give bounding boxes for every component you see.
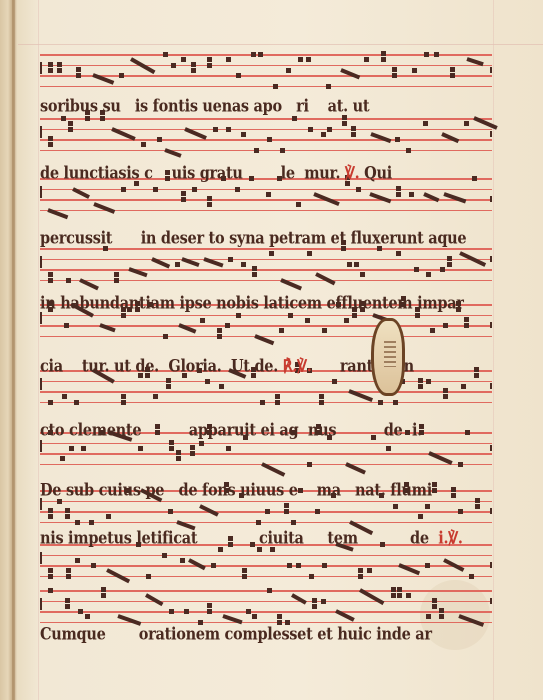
square-note — [252, 272, 257, 277]
square-note — [228, 257, 233, 262]
square-note — [66, 278, 71, 283]
square-note — [432, 598, 437, 603]
lyric-syllable: le — [243, 164, 295, 184]
square-note — [418, 514, 423, 519]
square-note — [461, 384, 466, 389]
staff-line — [40, 453, 492, 455]
square-note — [76, 67, 81, 72]
square-note — [219, 384, 224, 389]
lyric-syllable: ar — [411, 625, 432, 645]
staff-line — [40, 402, 492, 404]
square-note — [168, 509, 173, 514]
square-note — [458, 462, 463, 467]
lyric-syllable: percussit — [40, 229, 112, 249]
square-note — [48, 62, 53, 67]
square-note — [347, 262, 352, 267]
square-note — [434, 52, 439, 57]
lyric-syllable: De sub cuius pe — [40, 481, 164, 501]
square-note — [315, 509, 320, 514]
square-note — [312, 604, 317, 609]
lyric-syllable: inde — [372, 625, 411, 645]
square-note — [81, 446, 86, 451]
square-note — [246, 609, 251, 614]
ligature-neume — [94, 202, 116, 214]
square-note — [138, 446, 143, 451]
square-note — [48, 568, 53, 573]
ligature-neume — [444, 192, 467, 203]
square-note — [391, 593, 396, 598]
square-note — [397, 587, 402, 592]
lyric-syllable: apparuit ei ag — [141, 421, 298, 441]
music-staff — [40, 590, 492, 624]
square-note — [121, 400, 126, 405]
square-note — [418, 384, 423, 389]
square-note — [280, 148, 285, 153]
square-note — [273, 84, 278, 89]
square-note — [75, 558, 80, 563]
custos-mark — [490, 322, 492, 328]
square-note — [121, 187, 126, 192]
square-note — [464, 121, 469, 126]
square-note — [447, 256, 452, 261]
lyric-text-line: percussit in deser to syna petram et flu… — [40, 226, 492, 251]
square-note — [464, 317, 469, 322]
left-margin-ruling — [38, 0, 39, 700]
square-note — [166, 384, 171, 389]
square-note — [192, 187, 197, 192]
lyric-syllable: is fontis uenas apo — [121, 97, 282, 117]
square-note — [305, 318, 310, 323]
right-margin-ruling — [493, 0, 494, 700]
lyric-syllable: Gloria. — [159, 357, 222, 377]
staff-line — [40, 129, 492, 131]
square-note — [260, 400, 265, 405]
square-note — [393, 504, 398, 509]
binding-gutter — [12, 0, 15, 700]
lyric-syllable: ciuita — [197, 529, 303, 549]
square-note — [267, 137, 272, 142]
square-note — [432, 604, 437, 609]
lyric-syllable: mur. — [295, 164, 341, 184]
square-note — [392, 73, 397, 78]
square-note — [171, 63, 176, 68]
square-note — [267, 588, 272, 593]
lyric-syllable: in deser to — [112, 229, 224, 249]
rubric-text: ℟.℣. — [278, 357, 311, 377]
square-note — [450, 67, 455, 72]
rubric-text: i.℣. — [429, 529, 463, 549]
square-note — [241, 132, 246, 137]
square-note — [414, 267, 419, 272]
lyric-syllable: nis impetus letificat — [40, 529, 197, 549]
square-note — [236, 73, 241, 78]
square-note — [89, 520, 94, 525]
square-note — [475, 504, 480, 509]
square-note — [308, 127, 313, 132]
square-note — [57, 68, 62, 73]
square-note — [48, 136, 53, 141]
square-note — [48, 278, 53, 283]
square-note — [298, 57, 303, 62]
lyric-syllable: impar — [412, 294, 463, 314]
square-note — [48, 400, 53, 405]
square-note — [207, 603, 212, 608]
square-note — [48, 588, 53, 593]
square-note — [342, 121, 347, 126]
square-note — [351, 132, 356, 137]
square-note — [277, 614, 282, 619]
custos-mark — [490, 196, 492, 202]
square-note — [181, 191, 186, 196]
square-note — [190, 451, 195, 456]
square-note — [464, 323, 469, 328]
lyric-syllable: nus — [298, 421, 336, 441]
square-note — [458, 509, 463, 514]
square-note — [162, 553, 167, 558]
square-note — [439, 608, 444, 613]
square-note — [439, 614, 444, 619]
square-note — [395, 137, 400, 142]
square-note — [447, 262, 452, 267]
manuscript-page: soribus su is fontis uenas apo ri at. ut… — [0, 0, 543, 700]
lyric-syllable: et fluxerunt — [326, 229, 424, 249]
square-note — [367, 568, 372, 573]
staff-line — [40, 259, 492, 261]
square-note — [66, 568, 71, 573]
square-note — [393, 400, 398, 405]
lyric-syllable: de — [358, 529, 429, 549]
square-note — [266, 192, 271, 197]
lyric-text-line: in habundantiam ipse nobis laticem efflu… — [40, 291, 492, 316]
staff-line — [40, 75, 492, 77]
lyric-syllable: syna — [224, 229, 264, 249]
lyric-text-line: De sub cuius pe de fons uiuus e ma nat. … — [40, 478, 492, 503]
top-ruling-line — [18, 44, 543, 45]
custos-mark — [490, 508, 492, 514]
square-note — [309, 574, 314, 579]
square-note — [207, 202, 212, 207]
custos-mark — [490, 383, 492, 389]
square-note — [48, 68, 53, 73]
staff-line — [40, 391, 492, 393]
square-note — [75, 520, 80, 525]
clef-mark — [40, 62, 42, 74]
square-note — [252, 266, 257, 271]
square-note — [153, 394, 158, 399]
lyric-syllable: orationem — [106, 625, 220, 645]
square-note — [356, 187, 361, 192]
square-note — [217, 328, 222, 333]
square-note — [321, 599, 326, 604]
square-note — [381, 57, 386, 62]
square-note — [450, 73, 455, 78]
square-note — [66, 574, 71, 579]
staff-line — [40, 189, 492, 191]
square-note — [121, 394, 126, 399]
square-note — [57, 62, 62, 67]
clef-mark — [40, 126, 42, 138]
square-note — [412, 68, 417, 73]
staff-line — [40, 199, 492, 201]
lyric-text-line: Cumque orationem complesset et huic inde… — [40, 622, 492, 647]
square-note — [291, 520, 296, 525]
clef-mark — [40, 378, 42, 390]
square-note — [241, 262, 246, 267]
lyric-syllable: tur. — [63, 357, 109, 377]
square-note — [146, 574, 151, 579]
square-note — [327, 127, 332, 132]
lyric-text-line: cia tur. ut de. Gloria. Ut de. ℟.℣. rant… — [40, 354, 492, 379]
clef-mark — [40, 552, 42, 564]
staff-line — [40, 601, 492, 603]
square-note — [296, 563, 301, 568]
square-note — [251, 52, 256, 57]
ligature-neume — [188, 558, 206, 570]
square-note — [284, 509, 289, 514]
square-note — [163, 52, 168, 57]
square-note — [322, 563, 327, 568]
lyric-syllable: laticem — [259, 294, 322, 314]
square-note — [69, 446, 74, 451]
square-note — [396, 251, 401, 256]
clef-mark — [40, 598, 42, 610]
ligature-neume — [291, 594, 307, 606]
lyric-text-line: de lunctiasis c uis gratu le mur. ℣. Qui — [40, 161, 492, 186]
square-note — [169, 609, 174, 614]
clef-mark — [40, 256, 42, 268]
music-staff — [40, 248, 492, 282]
custos-mark — [490, 562, 492, 568]
square-note — [157, 137, 162, 142]
square-note — [406, 593, 411, 598]
square-note — [296, 202, 301, 207]
lyric-syllable: ri — [282, 97, 318, 117]
square-note — [344, 318, 349, 323]
lyric-text-line: nis impetus letificat ciuita tem de i.℣. — [40, 526, 492, 551]
square-note — [242, 574, 247, 579]
square-note — [85, 614, 90, 619]
square-note — [226, 57, 231, 62]
square-note — [101, 593, 106, 598]
staff-line — [40, 336, 492, 338]
square-note — [286, 68, 291, 73]
lyric-syllable: at. ut — [318, 97, 369, 117]
square-note — [275, 394, 280, 399]
square-note — [396, 192, 401, 197]
lyric-syllable: ma — [298, 481, 341, 501]
square-note — [181, 57, 186, 62]
lyric-syllable: cia — [40, 357, 63, 377]
square-note — [284, 503, 289, 508]
square-note — [91, 563, 96, 568]
lyric-syllable: complesset — [220, 625, 313, 645]
lyric-syllable: ipse — [175, 294, 212, 314]
square-note — [319, 394, 324, 399]
lyric-text-line: soribus su is fontis uenas apo ri at. ut — [40, 94, 492, 119]
square-note — [48, 142, 53, 147]
lyric-syllable: de lunctiasis c — [40, 164, 153, 184]
rubric-text: ℣. — [340, 164, 359, 184]
lyric-syllable: nobis — [211, 294, 258, 314]
lyric-syllable: nat. flumi — [341, 481, 432, 501]
square-note — [397, 593, 402, 598]
square-note — [65, 508, 70, 513]
square-note — [176, 450, 181, 455]
square-note — [440, 267, 445, 272]
square-note — [78, 609, 83, 614]
square-note — [207, 609, 212, 614]
square-note — [321, 132, 326, 137]
square-note — [48, 508, 53, 513]
square-note — [76, 73, 81, 78]
square-note — [60, 456, 65, 461]
lyric-syllable: effluentem — [322, 294, 413, 314]
square-note — [443, 394, 448, 399]
square-note — [169, 446, 174, 451]
square-note — [358, 574, 363, 579]
lyric-syllable: aque — [424, 229, 467, 249]
square-note — [68, 121, 73, 126]
square-note — [307, 462, 312, 467]
square-note — [279, 328, 284, 333]
lyric-syllable: cto clemente — [40, 421, 141, 441]
square-note — [469, 574, 474, 579]
square-note — [326, 84, 331, 89]
square-note — [225, 323, 230, 328]
square-note — [48, 574, 53, 579]
square-note — [430, 328, 435, 333]
square-note — [207, 196, 212, 201]
lyric-text-line: cto clemente apparuit ei ag nus de i. — [40, 418, 492, 443]
square-note — [265, 509, 270, 514]
lyric-syllable: Qui — [359, 164, 392, 184]
lyric-syllable: Cumque — [40, 625, 106, 645]
lyric-syllable: de fons uiuus e — [164, 481, 297, 501]
ligature-neume — [370, 132, 391, 143]
music-staff — [40, 54, 492, 88]
staff-line — [40, 86, 492, 88]
square-note — [213, 127, 218, 132]
custos-mark — [490, 598, 492, 604]
square-note — [184, 609, 189, 614]
square-note — [200, 318, 205, 323]
square-note — [409, 192, 414, 197]
square-note — [312, 598, 317, 603]
square-note — [258, 52, 263, 57]
custos-mark — [490, 67, 492, 73]
square-note — [360, 272, 365, 277]
music-staff — [40, 118, 492, 152]
square-note — [378, 400, 383, 405]
square-note — [364, 57, 369, 62]
square-note — [48, 514, 53, 519]
square-note — [180, 558, 185, 563]
square-note — [391, 587, 396, 592]
square-note — [191, 62, 196, 67]
square-note — [423, 121, 428, 126]
square-note — [358, 568, 363, 573]
square-note — [114, 272, 119, 277]
staff-line — [40, 65, 492, 67]
lyric-syllable: tem — [304, 529, 358, 549]
square-note — [153, 187, 158, 192]
square-note — [275, 400, 280, 405]
square-note — [141, 142, 146, 147]
square-note — [65, 514, 70, 519]
custos-mark — [490, 131, 492, 137]
square-note — [226, 446, 231, 451]
square-note — [68, 127, 73, 132]
staff-line — [40, 522, 492, 524]
square-note — [386, 446, 391, 451]
square-note — [392, 67, 397, 72]
staff-line — [40, 280, 492, 282]
lyric-syllable: soribus su — [40, 97, 121, 117]
square-note — [101, 587, 106, 592]
square-note — [62, 394, 67, 399]
lyric-syllable: in habundantiam — [40, 294, 175, 314]
lyric-syllable: Ut de. — [221, 357, 278, 377]
ligature-neume — [340, 68, 360, 79]
square-note — [163, 334, 168, 339]
square-note — [235, 187, 240, 192]
square-note — [207, 63, 212, 68]
square-note — [351, 126, 356, 131]
lyric-syllable: ut de. — [109, 357, 159, 377]
staff-line — [40, 555, 492, 557]
square-note — [425, 504, 430, 509]
square-note — [381, 51, 386, 56]
square-note — [319, 400, 324, 405]
square-note — [254, 148, 259, 153]
square-note — [114, 278, 119, 283]
square-note — [306, 57, 311, 62]
square-note — [211, 563, 216, 568]
square-note — [354, 262, 359, 267]
square-note — [176, 456, 181, 461]
square-note — [207, 57, 212, 62]
square-note — [65, 604, 70, 609]
square-note — [307, 251, 312, 256]
staff-line — [40, 611, 492, 613]
square-note — [426, 272, 431, 277]
lyric-syllable: de i. — [336, 421, 422, 441]
square-note — [181, 197, 186, 202]
square-note — [191, 68, 196, 73]
square-note — [175, 262, 180, 267]
square-note — [424, 52, 429, 57]
staff-line — [40, 576, 492, 578]
square-note — [406, 148, 411, 153]
square-note — [119, 73, 124, 78]
lyric-syllable: uis gratu — [153, 164, 243, 184]
square-note — [226, 127, 231, 132]
square-note — [426, 614, 431, 619]
square-note — [48, 272, 53, 277]
square-note — [252, 614, 257, 619]
lyric-syllable: petram — [264, 229, 325, 249]
square-note — [242, 568, 247, 573]
square-note — [425, 563, 430, 568]
ligature-neume — [369, 192, 391, 203]
lyric-syllable: et huic — [313, 625, 372, 645]
square-note — [322, 328, 327, 333]
square-note — [287, 563, 292, 568]
square-note — [65, 598, 70, 603]
custos-mark — [490, 256, 492, 262]
staff-line — [40, 150, 492, 152]
square-note — [74, 400, 79, 405]
